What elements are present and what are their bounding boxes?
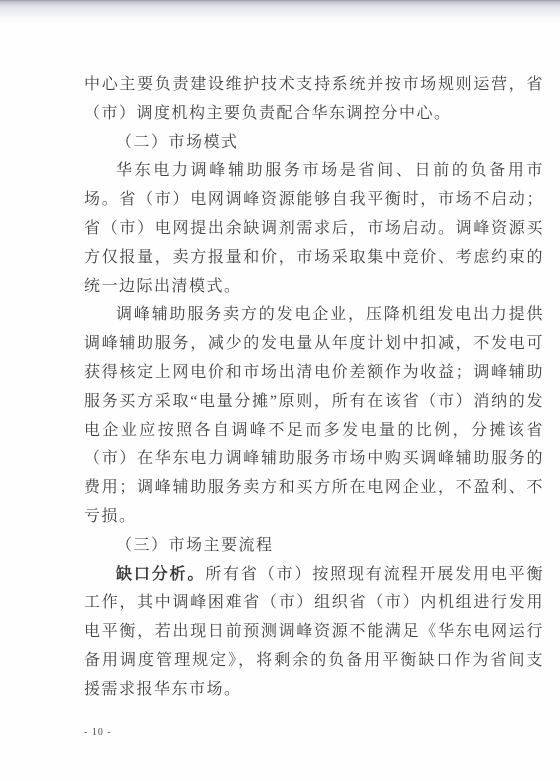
paragraph-market-mode: 华东电力调峰辅助服务市场是省间、日前的负备用市场。省（市）电网调峰资源能够自我平… <box>84 157 544 301</box>
page-number: - 10 - <box>84 727 112 738</box>
section-heading-market-mode: （二）市场模式 <box>84 129 544 158</box>
document-page: 中心主要负责建设维护技术支持系统并按市场规则运营，省（市）调度机构主要负责配合华… <box>0 0 560 781</box>
paragraph-gap-analysis: 缺口分析。所有省（市）按照现有流程开展发用电平衡工作，其中调峰困难省（市）组织省… <box>84 561 544 705</box>
section-heading-market-process: （三）市场主要流程 <box>84 532 544 561</box>
paragraph-dispatch-responsibility: 中心主要负责建设维护技术支持系统并按市场规则运营，省（市）调度机构主要负责配合华… <box>84 71 544 129</box>
paragraph-cost-sharing: 调峰辅助服务卖方的发电企业，压降机组发电出力提供调峰辅助服务，减少的发电量从年度… <box>84 301 544 531</box>
gap-analysis-lead-label: 缺口分析。 <box>116 566 205 583</box>
scan-top-edge-shadow <box>0 0 560 24</box>
document-content: 中心主要负责建设维护技术支持系统并按市场规则运营，省（市）调度机构主要负责配合华… <box>84 71 544 705</box>
gap-analysis-body-text: 所有省（市）按照现有流程开展发用电平衡工作，其中调峰困难省（市）组织省（市）内机… <box>84 566 544 698</box>
